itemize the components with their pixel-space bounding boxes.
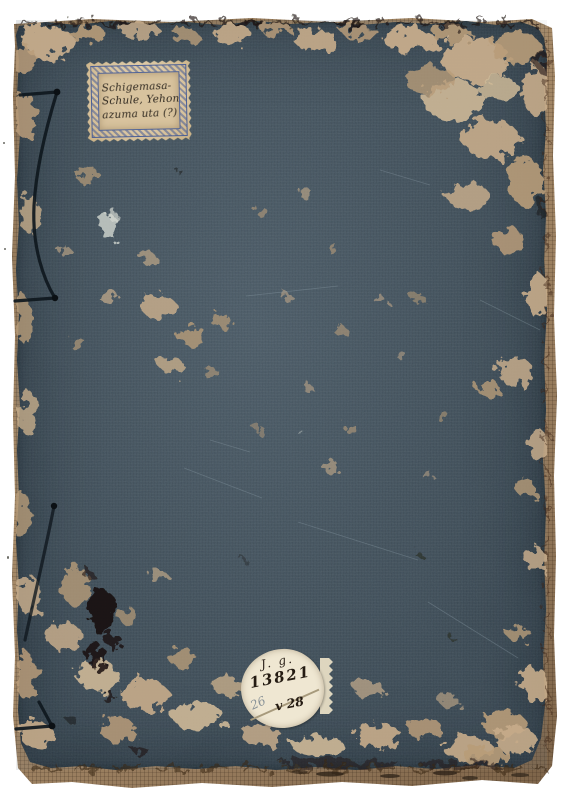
photograph-background: Schigemasa- Schule, Yehon azuma uta (?) … [0, 0, 569, 800]
stamp-ornamental-border: Schigemasa- Schule, Yehon azuma uta (?) [90, 64, 187, 138]
inventory-label-text: J. g. 13821 26 v 28 [234, 642, 331, 735]
stamp-label-line: azuma uta (?) [102, 106, 178, 123]
collection-stamp-label: Schigemasa- Schule, Yehon azuma uta (?) [86, 60, 192, 142]
inventory-crossed-number: 26 [248, 693, 268, 712]
dust-speck [4, 248, 6, 250]
inventory-shelf-number: v 28 [274, 693, 305, 713]
inventory-label: J. g. 13821 26 v 28 [239, 647, 326, 730]
dust-speck [3, 142, 5, 144]
stamp-text-area: Schigemasa- Schule, Yehon azuma uta (?) [97, 71, 180, 131]
dust-speck [7, 556, 9, 559]
